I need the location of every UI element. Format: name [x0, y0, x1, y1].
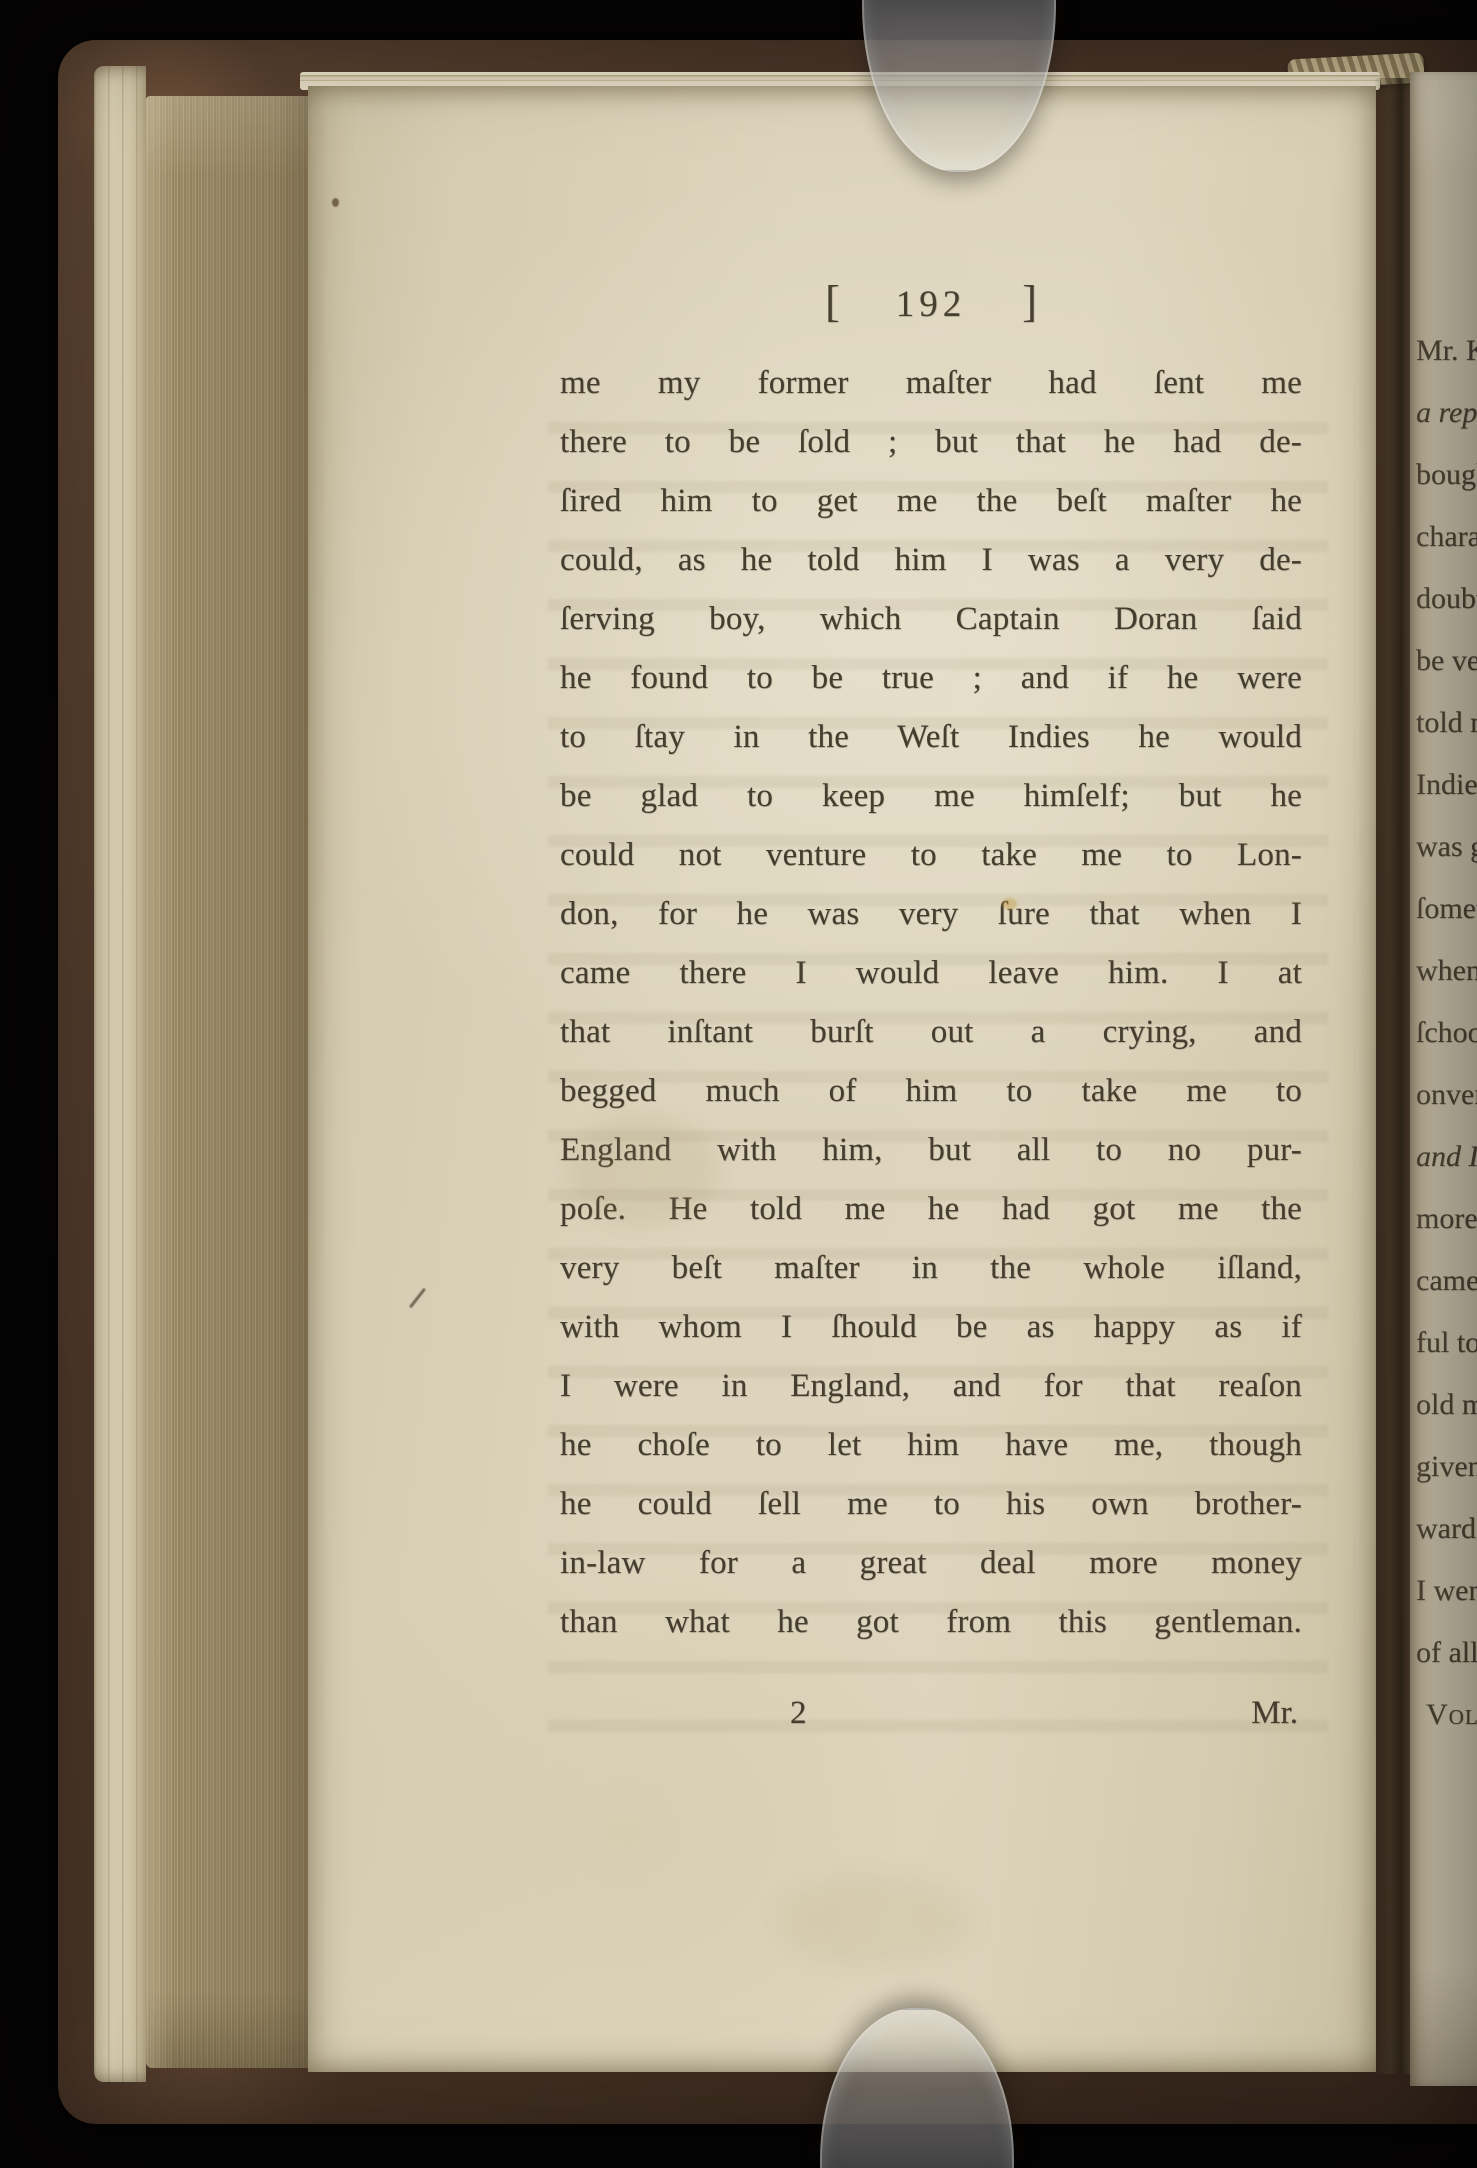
- margin-pen-mark: [409, 1288, 426, 1309]
- body-text-line: I were in England, and for that reaſon: [560, 1357, 1302, 1416]
- recto-text-line: and I le: [1416, 1126, 1477, 1188]
- body-text-line: ſired him to get me the beſt maſter he: [560, 472, 1302, 531]
- recto-text-line: Vol.: [1416, 1684, 1477, 1746]
- body-text-line: that inſtant burſt out a crying, and: [560, 1003, 1302, 1062]
- recto-text-line: be very: [1416, 630, 1477, 692]
- recto-text-line: ſomething: [1416, 878, 1477, 940]
- book-photograph: [ 192 ] me my former maſter had ſent met…: [0, 0, 1477, 2168]
- signature-mark: 2: [790, 1684, 807, 1743]
- recto-text-line: wards f: [1416, 1498, 1477, 1560]
- recto-text-line: character ;: [1416, 506, 1477, 568]
- body-text-line: than what he got from this gentleman.: [560, 1593, 1302, 1652]
- body-text-line: came there I would leave him. I at: [560, 944, 1302, 1003]
- page-verso-192: [ 192 ] me my former maſter had ſent met…: [308, 86, 1376, 2072]
- page-footer: 2 Mr.: [560, 1684, 1302, 1743]
- body-text-line: begged much of him to take me to: [560, 1062, 1302, 1121]
- recto-text-line: Indies, b: [1416, 754, 1477, 816]
- body-text-block: me my former maſter had ſent methere to …: [560, 354, 1302, 1652]
- flyleaf-page-edge: [94, 66, 146, 2082]
- page-header: [ 192 ]: [560, 276, 1302, 331]
- body-text-line: he found to be true ; and if he were: [560, 649, 1302, 708]
- paper-stain: [778, 1876, 968, 1966]
- body-text-line: be glad to keep me himſelf; but he: [560, 767, 1302, 826]
- recto-text-line: a reply, a: [1416, 382, 1477, 444]
- body-text-line: me my former maſter had ſent me: [560, 354, 1302, 413]
- recto-text-line: was going: [1416, 816, 1477, 878]
- recto-text-fragments: Mr. Kinga reply, abought mcharacter ;dou…: [1416, 320, 1477, 1746]
- body-text-line: to ſtay in the Weſt Indies he would: [560, 708, 1302, 767]
- recto-text-line: doubt of r: [1416, 568, 1477, 630]
- recto-text-line: old maſt: [1416, 1374, 1477, 1436]
- recto-text-line: of all m: [1416, 1622, 1477, 1684]
- gutter-shadow: [1374, 78, 1410, 2074]
- recto-text-line: bought m: [1416, 444, 1477, 506]
- recto-text-line: I went: [1416, 1560, 1477, 1622]
- ink-spot: [332, 198, 339, 207]
- body-text-line: could not venture to take me to Lon-: [560, 826, 1302, 885]
- recto-text-line: ful to C: [1416, 1312, 1477, 1374]
- body-text-line: he choſe to let him have me, though: [560, 1416, 1302, 1475]
- catchword: Mr.: [1251, 1684, 1298, 1743]
- recto-text-line: Mr. King: [1416, 320, 1477, 382]
- recto-text-line: when we: [1416, 940, 1477, 1002]
- recto-text-line: came to: [1416, 1250, 1477, 1312]
- recto-text-line: told me l: [1416, 692, 1477, 754]
- body-text-line: England with him, but all to no pur-: [560, 1121, 1302, 1180]
- body-text-line: could, as he told him I was a very de-: [560, 531, 1302, 590]
- fore-edge-page-stack: [146, 96, 310, 2068]
- body-text-line: poſe. He told me he had got me the: [560, 1180, 1302, 1239]
- body-text-line: there to be ſold ; but that he had de-: [560, 413, 1302, 472]
- recto-text-line: given m: [1416, 1436, 1477, 1498]
- body-text-line: he could ſell me to his own brother-: [560, 1475, 1302, 1534]
- page-recto-sliver: Mr. Kinga reply, abought mcharacter ;dou…: [1410, 72, 1477, 2086]
- body-text-line: very beſt maſter in the whole iſland,: [560, 1239, 1302, 1298]
- header-right-bracket: ]: [1022, 276, 1037, 328]
- body-text-line: with whom I ſhould be as happy as if: [560, 1298, 1302, 1357]
- recto-text-line: onverſa: [1416, 1064, 1477, 1126]
- recto-text-line: ſchool, a: [1416, 1002, 1477, 1064]
- body-text-line: in-law for a great deal more money: [560, 1534, 1302, 1593]
- page-number: 192: [896, 279, 967, 331]
- recto-text-line: more at: [1416, 1188, 1477, 1250]
- body-text-line: ſerving boy, which Captain Doran ſaid: [560, 590, 1302, 649]
- body-text-line: don, for he was very ſure that when I: [560, 885, 1302, 944]
- header-left-bracket: [: [825, 276, 840, 328]
